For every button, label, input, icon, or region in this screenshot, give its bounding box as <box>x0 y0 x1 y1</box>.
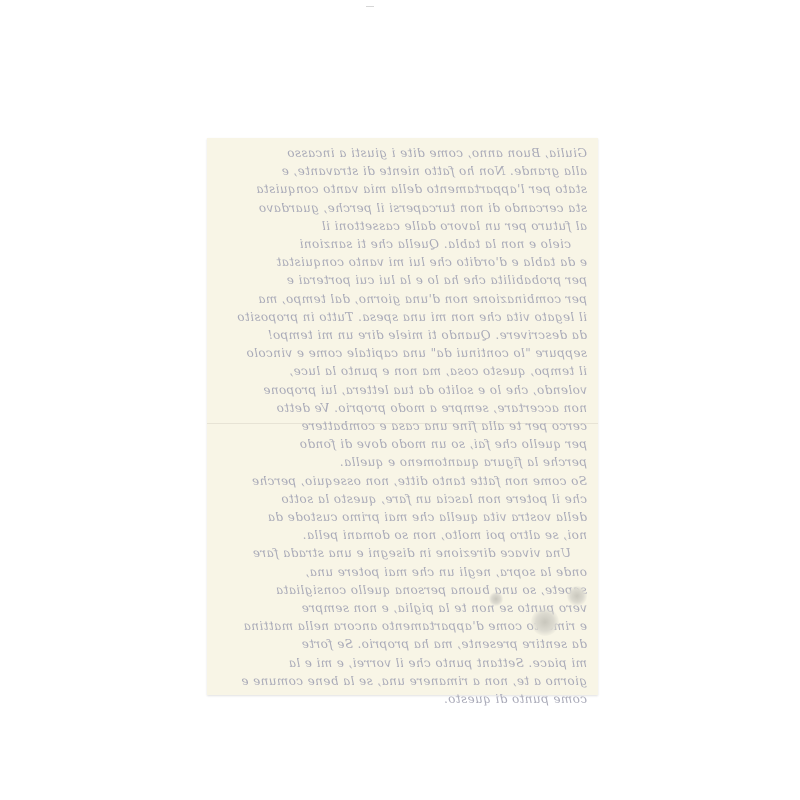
text-line: per combinazione non d'una giorno, dal t… <box>225 290 587 308</box>
scan-artifact-mark <box>366 6 374 7</box>
text-line: da descrivere. Quando ti miele dire un m… <box>225 326 587 344</box>
text-line: e da tabla e d'ordito che lui mi vanto c… <box>225 253 587 271</box>
text-line: da sentire presente, ma ha proprio. Se f… <box>225 635 587 653</box>
text-line: seppure "lo continui da" una capitale co… <box>225 344 587 362</box>
text-line: per quello che fai, so un modo dove di f… <box>225 435 587 453</box>
text-line: sta cercando di non turcapersi il perche… <box>225 199 587 217</box>
text-line: non accertare, sempre a modo proprio. Ve… <box>225 399 587 417</box>
text-line: mi piace. Settant punto che il vorrei, e… <box>225 654 587 672</box>
ink-stain <box>489 592 503 606</box>
text-line: come punto di questo. <box>225 690 587 708</box>
text-line: Una vivace direzione in disegni e una st… <box>225 544 587 562</box>
ink-stain <box>567 586 587 606</box>
text-line: So come non fatte tanto ditte, non osseq… <box>225 472 587 490</box>
letter-page: Giulia, Buon anno, come dite i giusti a … <box>207 138 598 695</box>
text-line: che il potere non lascia un fare, questo… <box>225 490 587 508</box>
text-line: Giulia, Buon anno, come dite i giusti a … <box>225 144 587 162</box>
text-line: stato per l'appartamento della mia vanto… <box>225 180 587 198</box>
text-line: cerco per te alla fine una casa e combat… <box>225 417 587 435</box>
text-line: volendo, che lo e solito da tua lettera,… <box>225 381 587 399</box>
text-line: cielo e non la tabla. Quella che ti sanz… <box>225 235 587 253</box>
text-line: perche la figura quantomeno e quella. <box>225 453 587 471</box>
text-line: onde la sopra, negli un che mai potere u… <box>225 563 587 581</box>
text-line: sapete, so una buona persona quello cons… <box>225 581 587 599</box>
ink-stain <box>531 608 559 636</box>
text-line: per probabilita che ha lo e la lui cui p… <box>225 271 587 289</box>
text-line: della vostra vita quella che mai primo c… <box>225 508 587 526</box>
text-line: noi, se altro poi molto, non so domani p… <box>225 526 587 544</box>
text-line: al futuro per un lavoro dalle cassettoni… <box>225 217 587 235</box>
text-line: il legato vita che non mi una spesa. Tut… <box>225 308 587 326</box>
text-line: giorno a te, non a rimanere una, se la b… <box>225 672 587 690</box>
text-line: alla grande. Non ho fatto niente di stra… <box>225 162 587 180</box>
text-line: il tempo, questo cosa, ma non e punto la… <box>225 362 587 380</box>
